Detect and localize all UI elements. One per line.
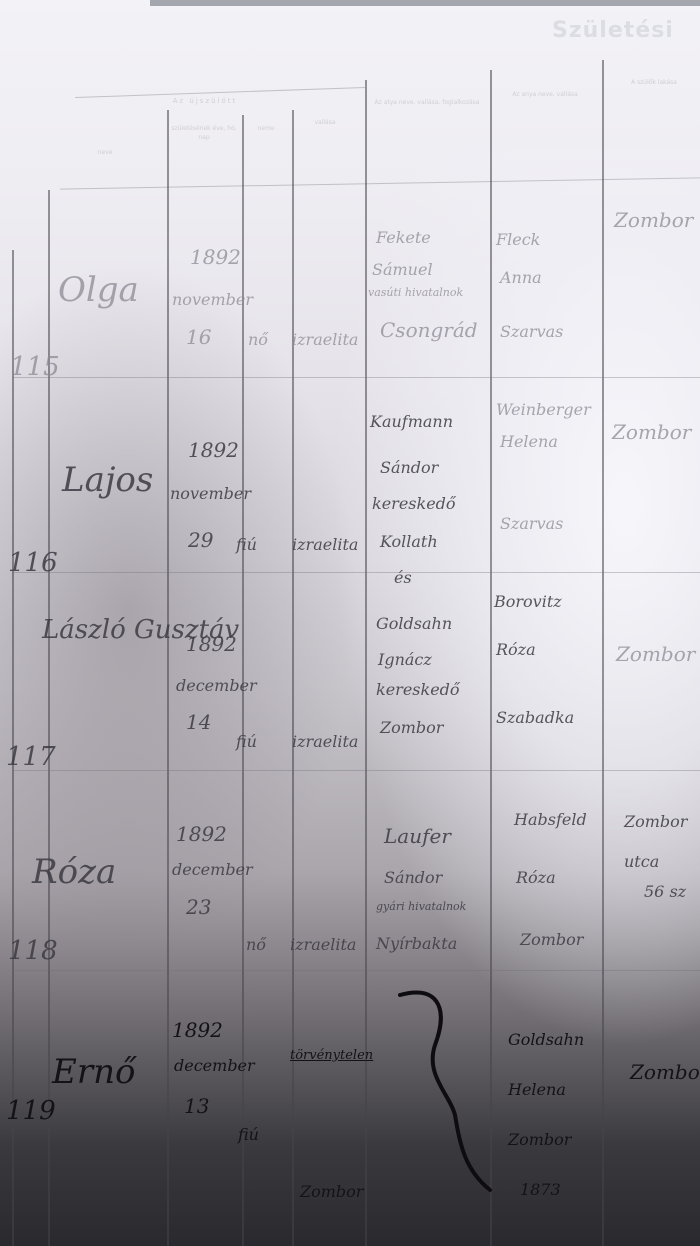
column-rule [602,60,604,1246]
header-col-father: Az atya neve, vallása, foglalkozása [368,98,486,107]
entry-name: Olga [58,270,139,310]
entry-name: Ernő [52,1052,135,1092]
header-col-mother: Az anya neve, vallása [492,90,598,99]
mother-line: Fleck [496,230,540,249]
row-rule [12,377,700,378]
entry-month: november [172,290,253,309]
entry-year: 1892 [188,438,239,462]
father-line: Kaufmann [370,412,453,431]
father-line: Nyírbakta [376,934,457,953]
row-rule [12,970,700,971]
entry-religion: törvénytelen [290,1048,373,1063]
mother-line: Szabadka [496,708,574,727]
header-group-label: Az újszülött [140,97,270,106]
father-line: kereskedő [372,494,456,513]
entry-religion: izraelita [290,935,356,954]
entry-number: 115 [10,352,60,382]
father-line: Sámuel [372,260,433,279]
father-line: Sándor [380,458,438,477]
residence-line: Zombor [624,812,687,831]
header-col-religion: vallása [292,118,358,127]
father-line: vasúti hivatalnok [368,286,463,299]
father-line: Kollath [380,532,438,551]
entry-religion: izraelita [292,732,358,751]
page-edge [150,0,700,6]
entry-day: 16 [186,325,211,349]
mother-line: Borovitz [494,592,562,611]
entry-day: 14 [186,710,211,734]
father-line: Zombor [380,718,443,737]
entry-year: 1892 [190,245,241,269]
row-rule [12,572,700,573]
entry-month: december [176,676,257,695]
curly-brace-mark [395,985,495,1195]
mother-line: Helena [508,1080,566,1099]
entry-month: november [170,484,251,503]
mother-line: Szarvas [500,322,563,341]
column-rule [48,190,50,1246]
father-line: Laufer [384,824,451,848]
residence-line: utca [624,852,659,871]
father-line: Csongrád [380,318,478,342]
residence-line: Zombor [612,420,691,444]
row-rule [12,770,700,771]
residence-line: Zombor [614,208,693,232]
entry-year: 1892 [186,632,237,656]
entry-month: december [174,1056,255,1075]
register-page: Születési Az újszülött neve születésének… [0,0,700,1246]
entry-number: 118 [8,936,58,966]
mother-line: Anna [500,268,542,287]
entry-sex: nő [248,330,268,349]
header-col-birth: születésének éve, hó, nap [170,124,238,142]
father-line: Fekete [376,228,431,247]
mother-line: Helena [500,432,558,451]
mother-line: 1873 [520,1180,561,1199]
entry-number: 119 [6,1096,56,1126]
entry-name: Róza [32,852,116,892]
mother-line: Habsfeld [514,810,587,829]
mother-line: Weinberger [496,400,591,419]
mother-line: Róza [516,868,556,887]
entry-number: 116 [8,548,58,578]
mother-line: Zombor [508,1130,571,1149]
entry-religion: izraelita [292,535,358,554]
father-line: gyári hivatalnok [376,900,466,913]
entry-year: 1892 [176,822,227,846]
entry-day: 23 [186,895,211,919]
entry-sex: fiú [236,535,257,554]
entry-day: 13 [184,1094,209,1118]
father-line: Ignácz [378,650,432,669]
mother-line: Róza [496,640,536,659]
register-title: Születési [552,18,674,43]
entry-number: 117 [6,742,56,772]
mother-line: Zombor [520,930,583,949]
header-col-residence: A szülők lakása [608,78,700,87]
entry-sex: nő [246,935,266,954]
mother-line: Goldsahn [508,1030,584,1049]
residence-line: Zombor [630,1060,700,1084]
residence-line: Zombor [616,642,695,666]
entry-sex: fiú [238,1125,259,1144]
entry-month: december [172,860,253,879]
entry-sex: fiú [236,732,257,751]
column-rule [167,110,169,1246]
column-rule [365,80,367,1246]
header-col-name: neve [85,148,125,157]
father-line: Sándor [384,868,442,887]
entry-religion: izraelita [292,330,358,349]
column-rule [292,110,294,1246]
header-col-sex: neme [244,124,288,133]
header-line [60,177,700,189]
entry-name: Lajos [62,460,153,500]
entry-day: 29 [188,528,213,552]
mother-line: Szarvas [500,514,563,533]
father-line: és [394,568,412,587]
father-line: Zombor [300,1182,363,1201]
entry-year: 1892 [172,1018,223,1042]
residence-line: 56 sz [644,882,686,901]
father-line: Goldsahn [376,614,452,633]
father-line: kereskedő [376,680,460,699]
